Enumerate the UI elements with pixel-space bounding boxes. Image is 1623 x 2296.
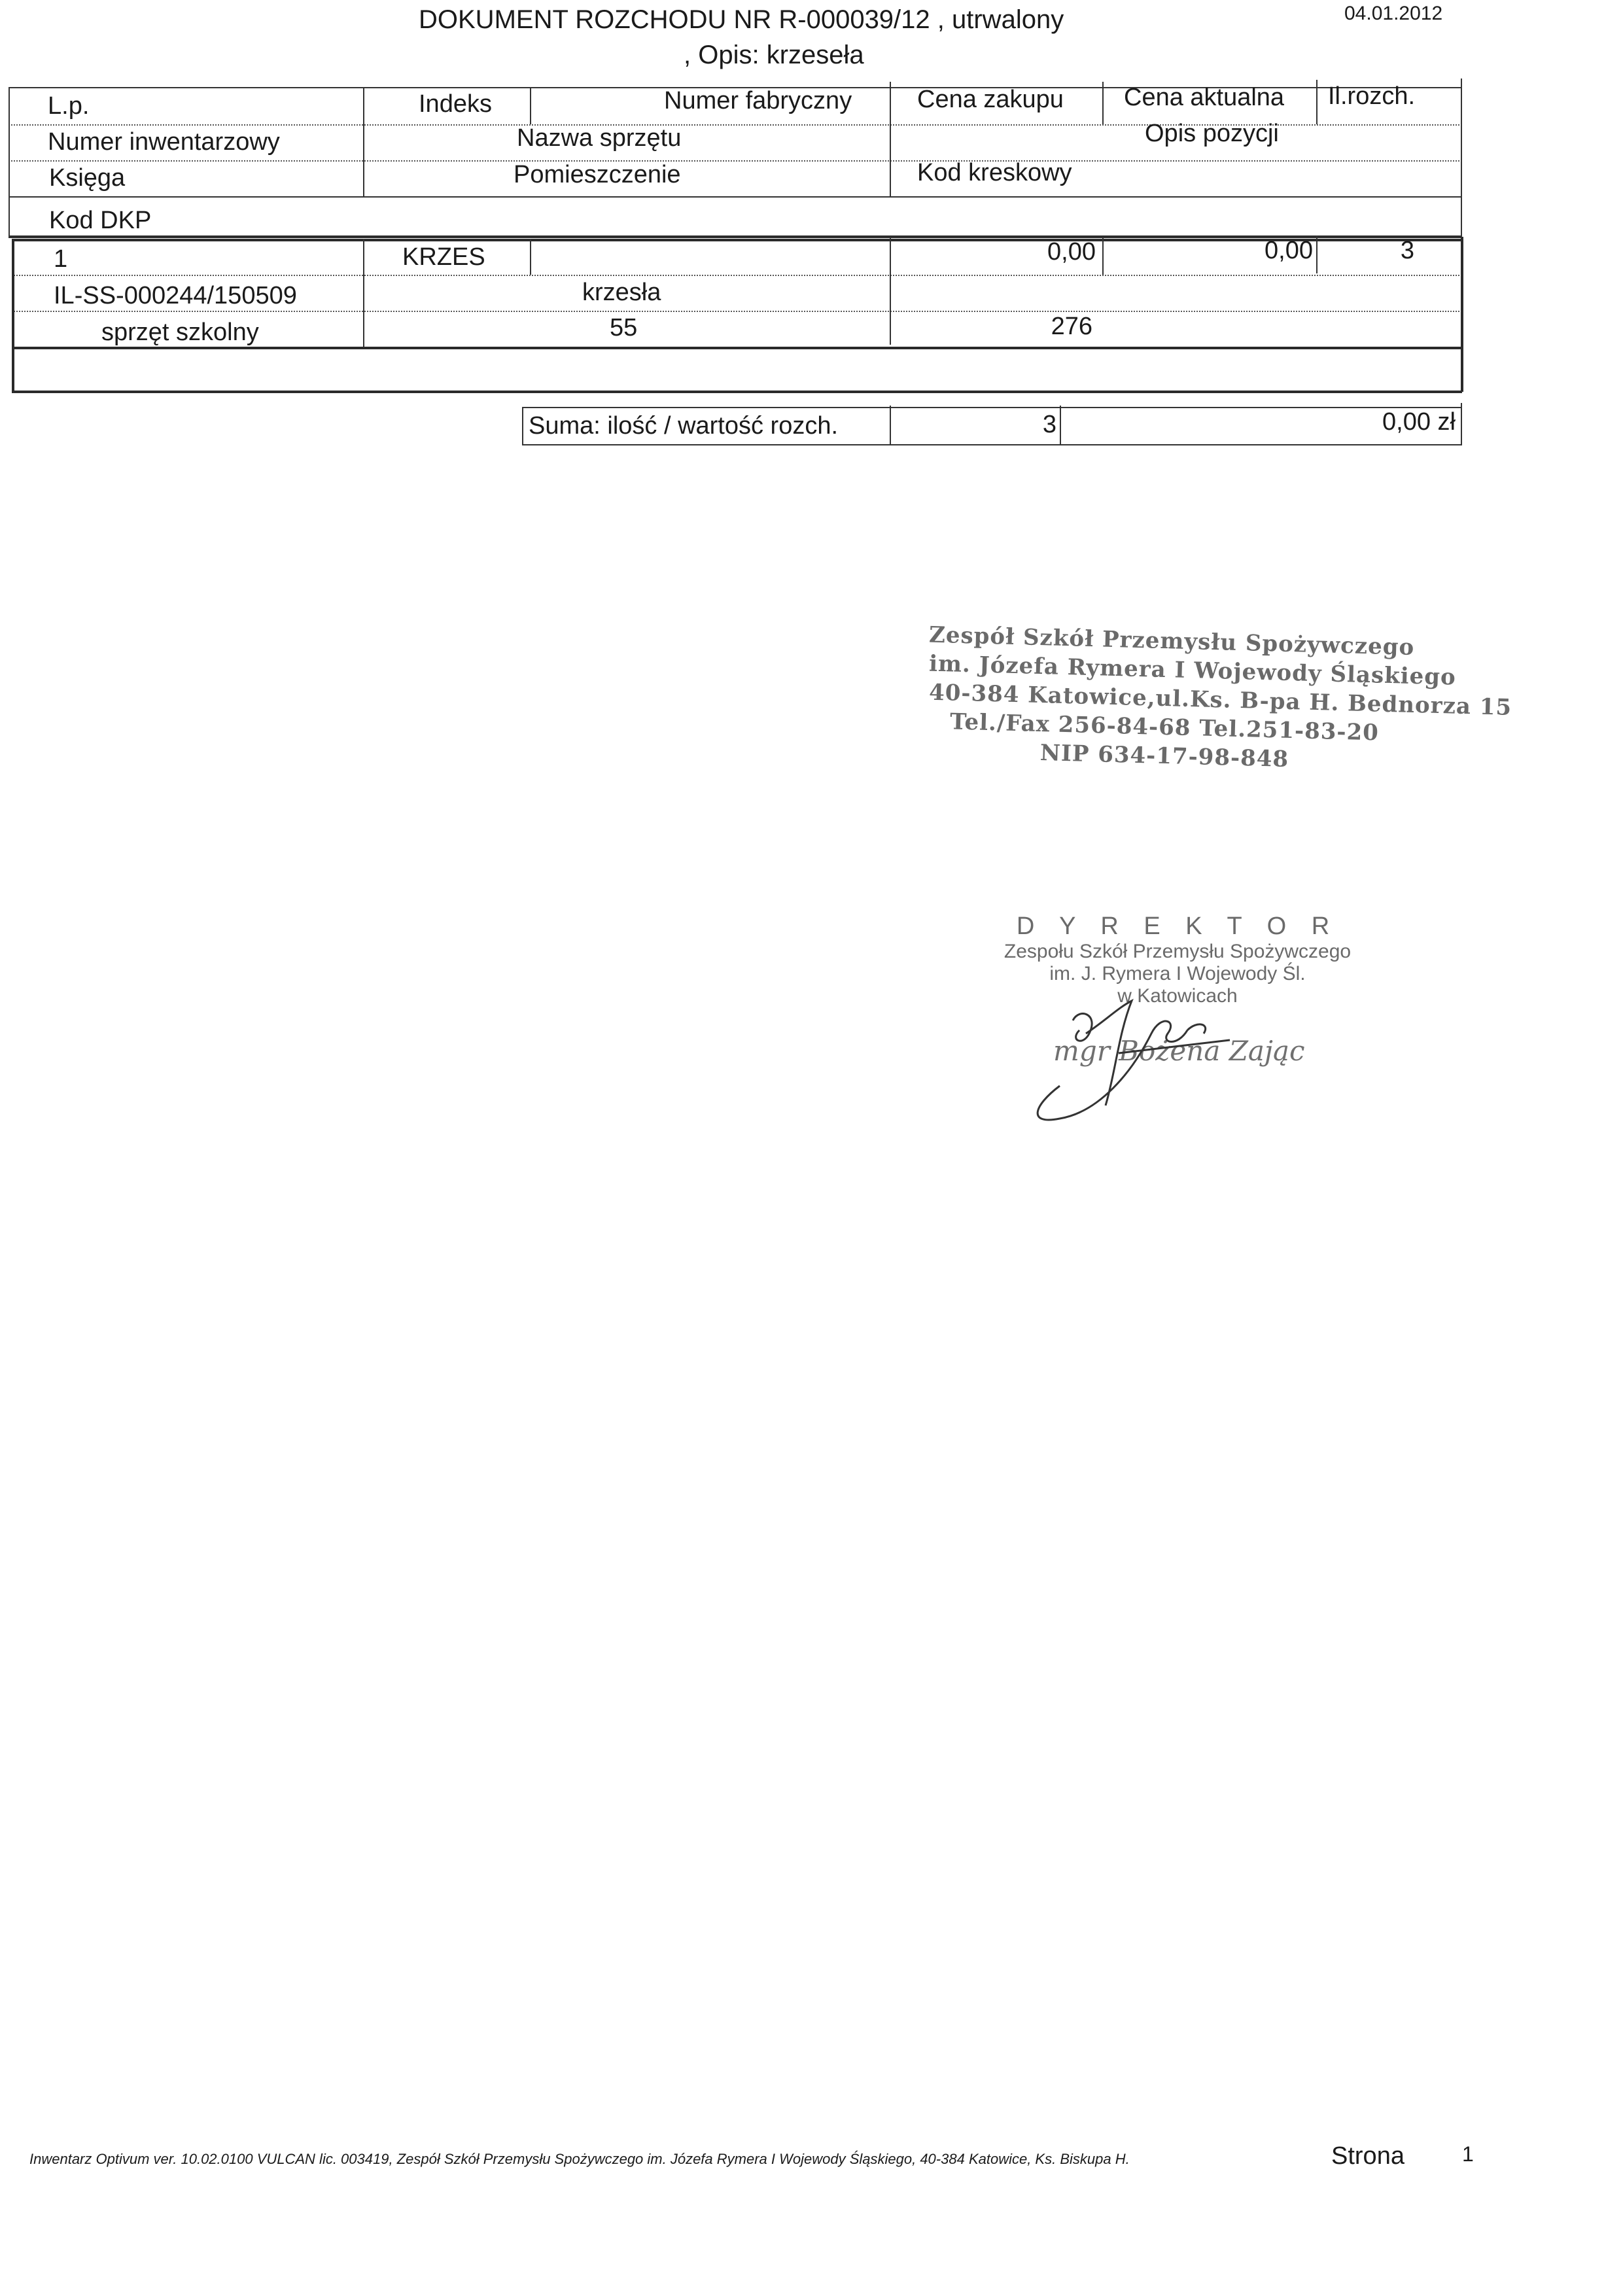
header-opis-pozycji: Opis pozycji <box>1145 121 1279 146</box>
document-title: DOKUMENT ROZCHODU NR R-000039/12 , utrwa… <box>419 5 1064 35</box>
header-ksiega: Księga <box>49 165 125 190</box>
page-number: 1 <box>1462 2142 1474 2166</box>
header-kod-kreskowy: Kod kreskowy <box>917 160 1072 185</box>
item-nazwa-sprzetu: krzesła <box>582 280 661 305</box>
header-il-rozch: Il.rozch. <box>1328 84 1415 109</box>
item-cena-aktualna: 0,00 <box>1102 238 1313 263</box>
item-ksiega: sprzęt szkolny <box>101 320 259 345</box>
item-il-rozch: 3 <box>1316 238 1414 263</box>
summary-value: 0,00 zł <box>1060 409 1456 434</box>
header-numer-inwentarzowy: Numer inwentarzowy <box>48 130 280 154</box>
director-title: D Y R E K T O R <box>994 913 1361 941</box>
header-kod-dkp: Kod DKP <box>49 208 151 233</box>
document-date: 04.01.2012 <box>1344 3 1442 25</box>
item-cena-zakupu: 0,00 <box>890 239 1096 264</box>
summary-quantity: 3 <box>890 412 1056 437</box>
item-indeks: KRZES <box>402 245 485 270</box>
item-numer-inwentarzowy: IL-SS-000244/150509 <box>54 283 297 308</box>
signature-scribble-icon <box>1021 994 1256 1125</box>
header-indeks: Indeks <box>419 92 492 116</box>
header-pomieszczenie: Pomieszczenie <box>514 162 681 187</box>
header-lp: L.p. <box>48 94 89 118</box>
header-numer-fabryczny: Numer fabryczny <box>664 88 852 113</box>
item-pomieszczenie: 55 <box>610 315 637 340</box>
header-cena-aktualna: Cena aktualna <box>1124 85 1284 110</box>
item-lp: 1 <box>54 247 67 271</box>
institution-stamp: Zespół Szkół Przemysłu Spożywczego im. J… <box>929 628 1400 769</box>
header-nazwa-sprzetu: Nazwa sprzętu <box>517 126 681 150</box>
document-description: , Opis: krzeseła <box>684 41 864 70</box>
header-cena-zakupu: Cena zakupu <box>917 87 1064 112</box>
page-label: Strona <box>1331 2142 1405 2170</box>
item-kod-kreskowy: 276 <box>890 314 1092 339</box>
footer-text: Inwentarz Optivum ver. 10.02.0100 VULCAN… <box>29 2151 1130 2168</box>
summary-label: Suma: ilość / wartość rozch. <box>529 413 838 438</box>
